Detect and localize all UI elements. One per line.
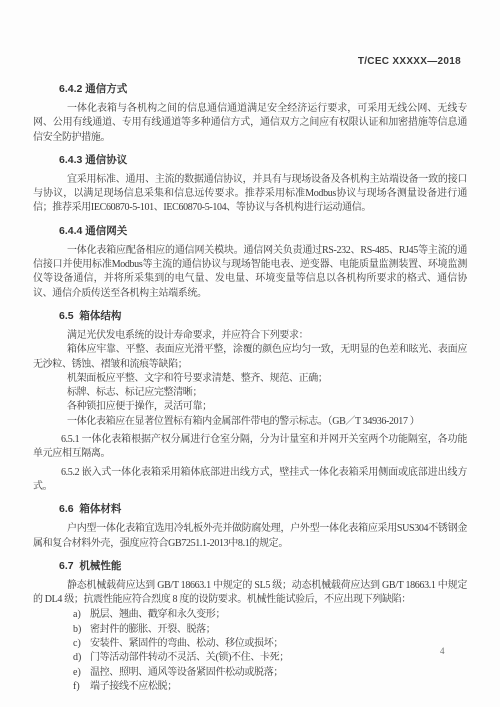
list-text: 安装件、紧固件的弯曲、松动、移位或损坏； [90, 638, 283, 649]
paragraph-6-6: 户内型一体化表箱宜选用冷轧板外壳并做防腐处理，户外型一体化表箱应采用SUS304… [33, 522, 467, 551]
paragraph-6-4-4: 一体化表箱应配备相应的通信网关模块。通信网关负责通过RS-232、RS-485、… [33, 244, 467, 301]
paragraph-6-7: 静态机械载荷应达到 GB/T 18663.1 中规定的 SL5 级；动态机械载荷… [33, 579, 467, 608]
list-marker: c) [73, 637, 90, 651]
paragraph-6-4-2: 一体化表箱与各机构之间的信息通信通道满足安全经济运行要求，可采用无线公网、无线专… [33, 102, 467, 145]
section-heading-6-4-4: 6.4.4 通信网关 [59, 224, 467, 238]
list-item: f)端子接线不应松脱； [73, 680, 467, 694]
list-text: 密封件的膨胀、开裂、脱落； [90, 624, 215, 635]
list-text: 温控、照明、通风等设备紧固件松动或脱落； [90, 667, 283, 678]
section-heading-6-5: 6.5 箱体结构 [59, 309, 467, 323]
document-page: T/CEC XXXXX—2018 6.4.2 通信方式 一体化表箱与各机构之间的… [0, 0, 500, 707]
paragraph-6-5-intro: 满足光伏发电系统的设计寿命要求，并应符合下列要求： [33, 329, 467, 343]
list-item: d)门等活动部件转动不灵活、关(锁)不住、卡死； [73, 651, 467, 665]
page-content: T/CEC XXXXX—2018 6.4.2 通信方式 一体化表箱与各机构之间的… [0, 0, 500, 694]
section-heading-6-4-2: 6.4.2 通信方式 [59, 82, 467, 96]
list-marker: a) [73, 608, 90, 622]
section-heading-6-4-3: 6.4.3 通信协议 [59, 153, 467, 167]
list-marker: b) [73, 623, 90, 637]
paragraph-6-5-item-1: 箱体应牢靠、平整、表面应光滑平整，涂覆的颜色应均匀一致，无明显的色差和眩光、表面… [33, 343, 467, 372]
list-text: 端子接线不应松脱； [90, 681, 177, 692]
list-marker: f) [73, 680, 90, 694]
paragraph-6-5-1: 6.5.1 一体化表箱根据产权分属进行仓室分隔，分为计量室和并网开关室两个功能隔… [33, 433, 467, 462]
list-item: a)脱层、翘曲、戳穿和永久变形； [73, 608, 467, 622]
list-item: e)温控、照明、通风等设备紧固件松动或脱落； [73, 666, 467, 680]
paragraph-6-5-item-2: 机架面板应平整、文字和符号要求清楚、整齐、规范、正确； [33, 372, 467, 386]
list-item: b)密封件的膨胀、开裂、脱落； [73, 623, 467, 637]
page-number: 4 [440, 646, 445, 656]
list-text: 脱层、翘曲、戳穿和永久变形； [90, 609, 225, 620]
list-marker: e) [73, 666, 90, 680]
section-heading-6-7: 6.7 机械性能 [59, 559, 467, 573]
paragraph-6-5-2: 6.5.2 嵌入式一体化表箱采用箱体底部进出线方式，壁挂式一体化表箱采用侧面或底… [33, 466, 467, 495]
list-text: 门等活动部件转动不灵活、关(锁)不住、卡死； [90, 652, 289, 663]
list-item: c)安装件、紧固件的弯曲、松动、移位或损坏； [73, 637, 467, 651]
paragraph-6-5-item-5: 一体化表箱应在显著位置标有箱内金属部件带电的警示标志。（GB／T 34936-2… [33, 415, 467, 429]
list-marker: d) [73, 651, 90, 665]
doc-code: T/CEC XXXXX—2018 [33, 56, 461, 68]
defect-list: a)脱层、翘曲、戳穿和永久变形； b)密封件的膨胀、开裂、脱落； c)安装件、紧… [33, 608, 467, 694]
paragraph-6-4-3: 宜采用标准、通用、主流的数据通信协议，并具有与现场设备及各机构主站端设备一致的接… [33, 173, 467, 216]
paragraph-6-5-item-4: 各种锁扣应便于操作，灵活可靠； [33, 400, 467, 414]
section-heading-6-6: 6.6 箱体材料 [59, 502, 467, 516]
paragraph-6-5-item-3: 标牌、标志、标记应完整清晰； [33, 386, 467, 400]
